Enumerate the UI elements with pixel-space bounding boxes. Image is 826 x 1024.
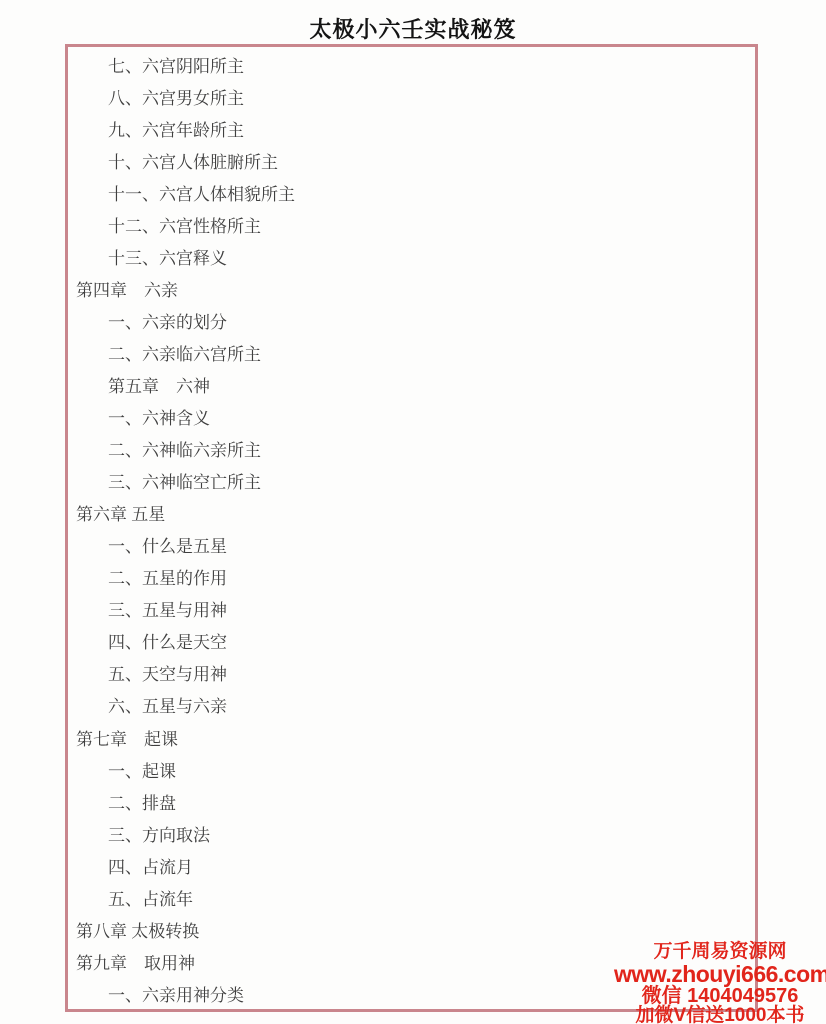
toc-line: 十一、六宫人体相貌所主: [68, 176, 755, 208]
toc-line-text: 三、六神临空亡所主: [108, 468, 261, 493]
watermark: 万千周易资源网 www.zhouyi666.com 微信 1404049576 …: [614, 941, 826, 1024]
toc-line: 一、六神含义: [68, 401, 755, 433]
toc-line-text: 五、天空与用神: [108, 660, 227, 685]
toc-line-text: 第五章 六神: [108, 372, 210, 397]
toc-line-text: 一、六神含义: [108, 404, 210, 429]
toc-line-text: 十一、六宫人体相貌所主: [108, 180, 295, 205]
toc-line-text: 一、六亲的划分: [108, 308, 227, 333]
toc-line-text: 十、六宫人体脏腑所主: [108, 148, 278, 173]
toc-line-text: 第九章 取用神: [76, 949, 195, 974]
toc-line: 九、六宫年龄所主: [68, 112, 755, 144]
toc-line-text: 三、方向取法: [108, 821, 210, 846]
content-border-box: 七、六宫阴阳所主 八、六宫男女所主 九、六宫年龄所主 十、六宫人体脏腑所主 十一…: [65, 44, 758, 1012]
toc-line-text: 二、六神临六亲所主: [108, 436, 261, 461]
toc-line: 十二、六宫性格所主: [68, 208, 755, 240]
toc-line: 一、起课: [68, 753, 755, 785]
toc-line-text: 八、六宫男女所主: [108, 84, 244, 109]
toc-line-text: 第六章 五星: [76, 500, 165, 525]
toc-line-text: 十三、六宫释义: [108, 244, 227, 269]
toc-line: 第五章 六神: [68, 368, 755, 400]
toc-line: 三、方向取法: [68, 817, 755, 849]
watermark-site-url: www.zhouyi666.com: [614, 962, 826, 986]
toc-line: 四、占流月: [68, 849, 755, 881]
page-title: 太极小六壬实战秘笈: [0, 13, 826, 44]
toc-line: 二、排盘: [68, 785, 755, 817]
toc-line: 七、六宫阴阳所主: [68, 48, 755, 80]
watermark-promo-text: 加微V信送1000本书: [614, 1006, 826, 1024]
toc-line: 二、六亲临六宫所主: [68, 336, 755, 368]
toc-line-text: 四、什么是天空: [108, 628, 227, 653]
toc-line: 三、六神临空亡所主: [68, 465, 755, 497]
watermark-site-name: 万千周易资源网: [614, 941, 826, 962]
toc-line: 十、六宫人体脏腑所主: [68, 144, 755, 176]
toc-line: 第七章 起课: [68, 721, 755, 753]
toc-line-text: 十二、六宫性格所主: [108, 212, 261, 237]
toc-line-text: 二、五星的作用: [108, 564, 227, 589]
toc-line-text: 第七章 起课: [76, 725, 178, 750]
toc-line: 三、五星与用神: [68, 593, 755, 625]
toc-line-text: 二、排盘: [108, 789, 176, 814]
toc-line-text: 二、六亲临六宫所主: [108, 340, 261, 365]
toc-line: 四、什么是天空: [68, 625, 755, 657]
toc-line-text: 一、什么是五星: [108, 532, 227, 557]
watermark-wechat-id: 微信 1404049576: [614, 986, 826, 1006]
toc-list: 七、六宫阴阳所主 八、六宫男女所主 九、六宫年龄所主 十、六宫人体脏腑所主 十一…: [68, 47, 755, 1009]
toc-line: 八、六宫男女所主: [68, 80, 755, 112]
toc-line-text: 九、六宫年龄所主: [108, 116, 244, 141]
toc-line-text: 四、占流月: [108, 853, 193, 878]
toc-line: 五、天空与用神: [68, 657, 755, 689]
toc-line-text: 五、占流年: [108, 885, 193, 910]
toc-line: 第四章 六亲: [68, 272, 755, 304]
toc-line: 五、占流年: [68, 881, 755, 913]
toc-line: 六、五星与六亲: [68, 689, 755, 721]
toc-line: 十三、六宫释义: [68, 240, 755, 272]
toc-line: 二、五星的作用: [68, 561, 755, 593]
toc-line: 一、什么是五星: [68, 529, 755, 561]
toc-line: 一、六亲的划分: [68, 304, 755, 336]
toc-line-text: 六、五星与六亲: [108, 692, 227, 717]
toc-line-text: 第八章 太极转换: [76, 917, 199, 942]
toc-line-text: 一、六亲用神分类: [108, 981, 244, 1006]
toc-line-text: 三、五星与用神: [108, 596, 227, 621]
toc-line-text: 第四章 六亲: [76, 276, 178, 301]
toc-line-text: 七、六宫阴阳所主: [108, 52, 244, 77]
toc-line: 二、六神临六亲所主: [68, 433, 755, 465]
toc-line-text: 一、起课: [108, 757, 176, 782]
toc-line: 第六章 五星: [68, 497, 755, 529]
